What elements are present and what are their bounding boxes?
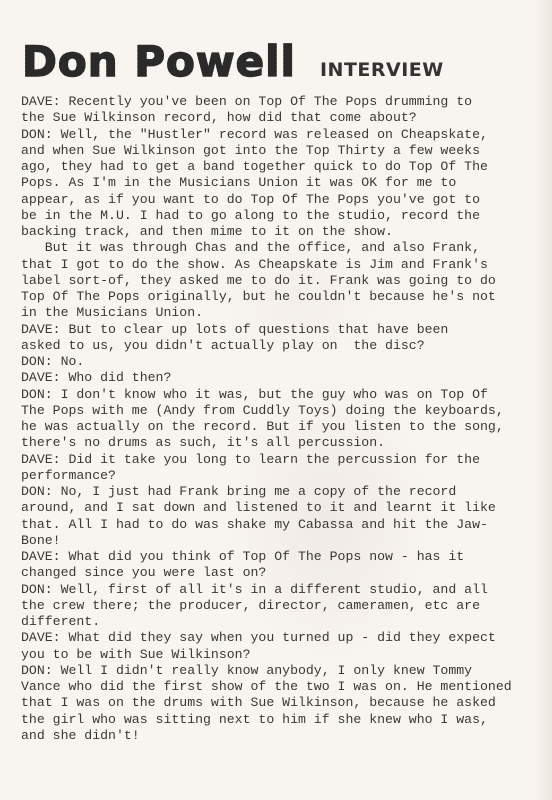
text-line: DAVE: But to clear up lots of questions … (21, 322, 541, 338)
text-line: DON: Well I didn't really know anybody, … (21, 663, 541, 679)
text-line: Vance who did the first show of the two … (21, 679, 541, 695)
text-line: there's no drums as such, it's all percu… (21, 435, 541, 451)
text-line: asked to us, you didn't actually play on… (21, 338, 541, 354)
text-line: DAVE: Recently you've been on Top Of The… (21, 94, 541, 110)
article-subtitle: INTERVIEW (320, 59, 444, 81)
article-header: Don Powell INTERVIEW (22, 36, 444, 92)
text-line: DAVE: What did they say when you turned … (21, 630, 541, 646)
text-line: DAVE: What did you think of Top Of The P… (21, 549, 541, 565)
text-line: Bone! (21, 533, 541, 549)
text-line: DON: Well, first of all it's in a differ… (21, 582, 541, 598)
text-line: changed since you were last on? (21, 565, 541, 581)
text-line: you to be with Sue Wilkinson? (21, 647, 541, 663)
text-line: backing track, and then mime to it on th… (21, 224, 541, 240)
text-line: and she didn't! (21, 728, 541, 744)
text-line: that I was on the drums with Sue Wilkins… (21, 695, 541, 711)
text-line: DON: No. (21, 354, 541, 370)
interview-body: DAVE: Recently you've been on Top Of The… (21, 94, 541, 744)
text-line: around, and I sat down and listened to i… (21, 500, 541, 516)
text-line: that I got to do the show. As Cheapskate… (21, 257, 541, 273)
text-line: DON: Well, the "Hustler" record was rele… (21, 127, 541, 143)
scanned-page: Don Powell INTERVIEW DAVE: Recently you'… (0, 0, 552, 800)
text-line: DAVE: Did it take you long to learn the … (21, 452, 541, 468)
article-title: Don Powell (22, 36, 296, 88)
text-line: in the Musicians Union. (21, 305, 541, 321)
text-line: Top Of The Pops originally, but he could… (21, 289, 541, 305)
text-line: Pops. As I'm in the Musicians Union it w… (21, 175, 541, 191)
text-line: ago, they had to get a band together qui… (21, 159, 541, 175)
text-line: that. All I had to do was shake my Cabas… (21, 517, 541, 533)
text-line: the girl who was sitting next to him if … (21, 712, 541, 728)
text-line: he was actually on the record. But if yo… (21, 419, 541, 435)
text-line: the Sue Wilkinson record, how did that c… (21, 110, 541, 126)
text-line: performance? (21, 468, 541, 484)
text-line: different. (21, 614, 541, 630)
text-line: But it was through Chas and the office, … (21, 240, 541, 256)
text-line: DON: I don't know who it was, but the gu… (21, 387, 541, 403)
text-line: appear, as if you want to do Top Of The … (21, 192, 541, 208)
text-line: DAVE: Who did then? (21, 370, 541, 386)
text-line: label sort-of, they asked me to do it. F… (21, 273, 541, 289)
text-line: the crew there; the producer, director, … (21, 598, 541, 614)
text-line: The Pops with me (Andy from Cuddly Toys)… (21, 403, 541, 419)
text-line: and when Sue Wilkinson got into the Top … (21, 143, 541, 159)
text-line: DON: No, I just had Frank bring me a cop… (21, 484, 541, 500)
text-line: be in the M.U. I had to go along to the … (21, 208, 541, 224)
